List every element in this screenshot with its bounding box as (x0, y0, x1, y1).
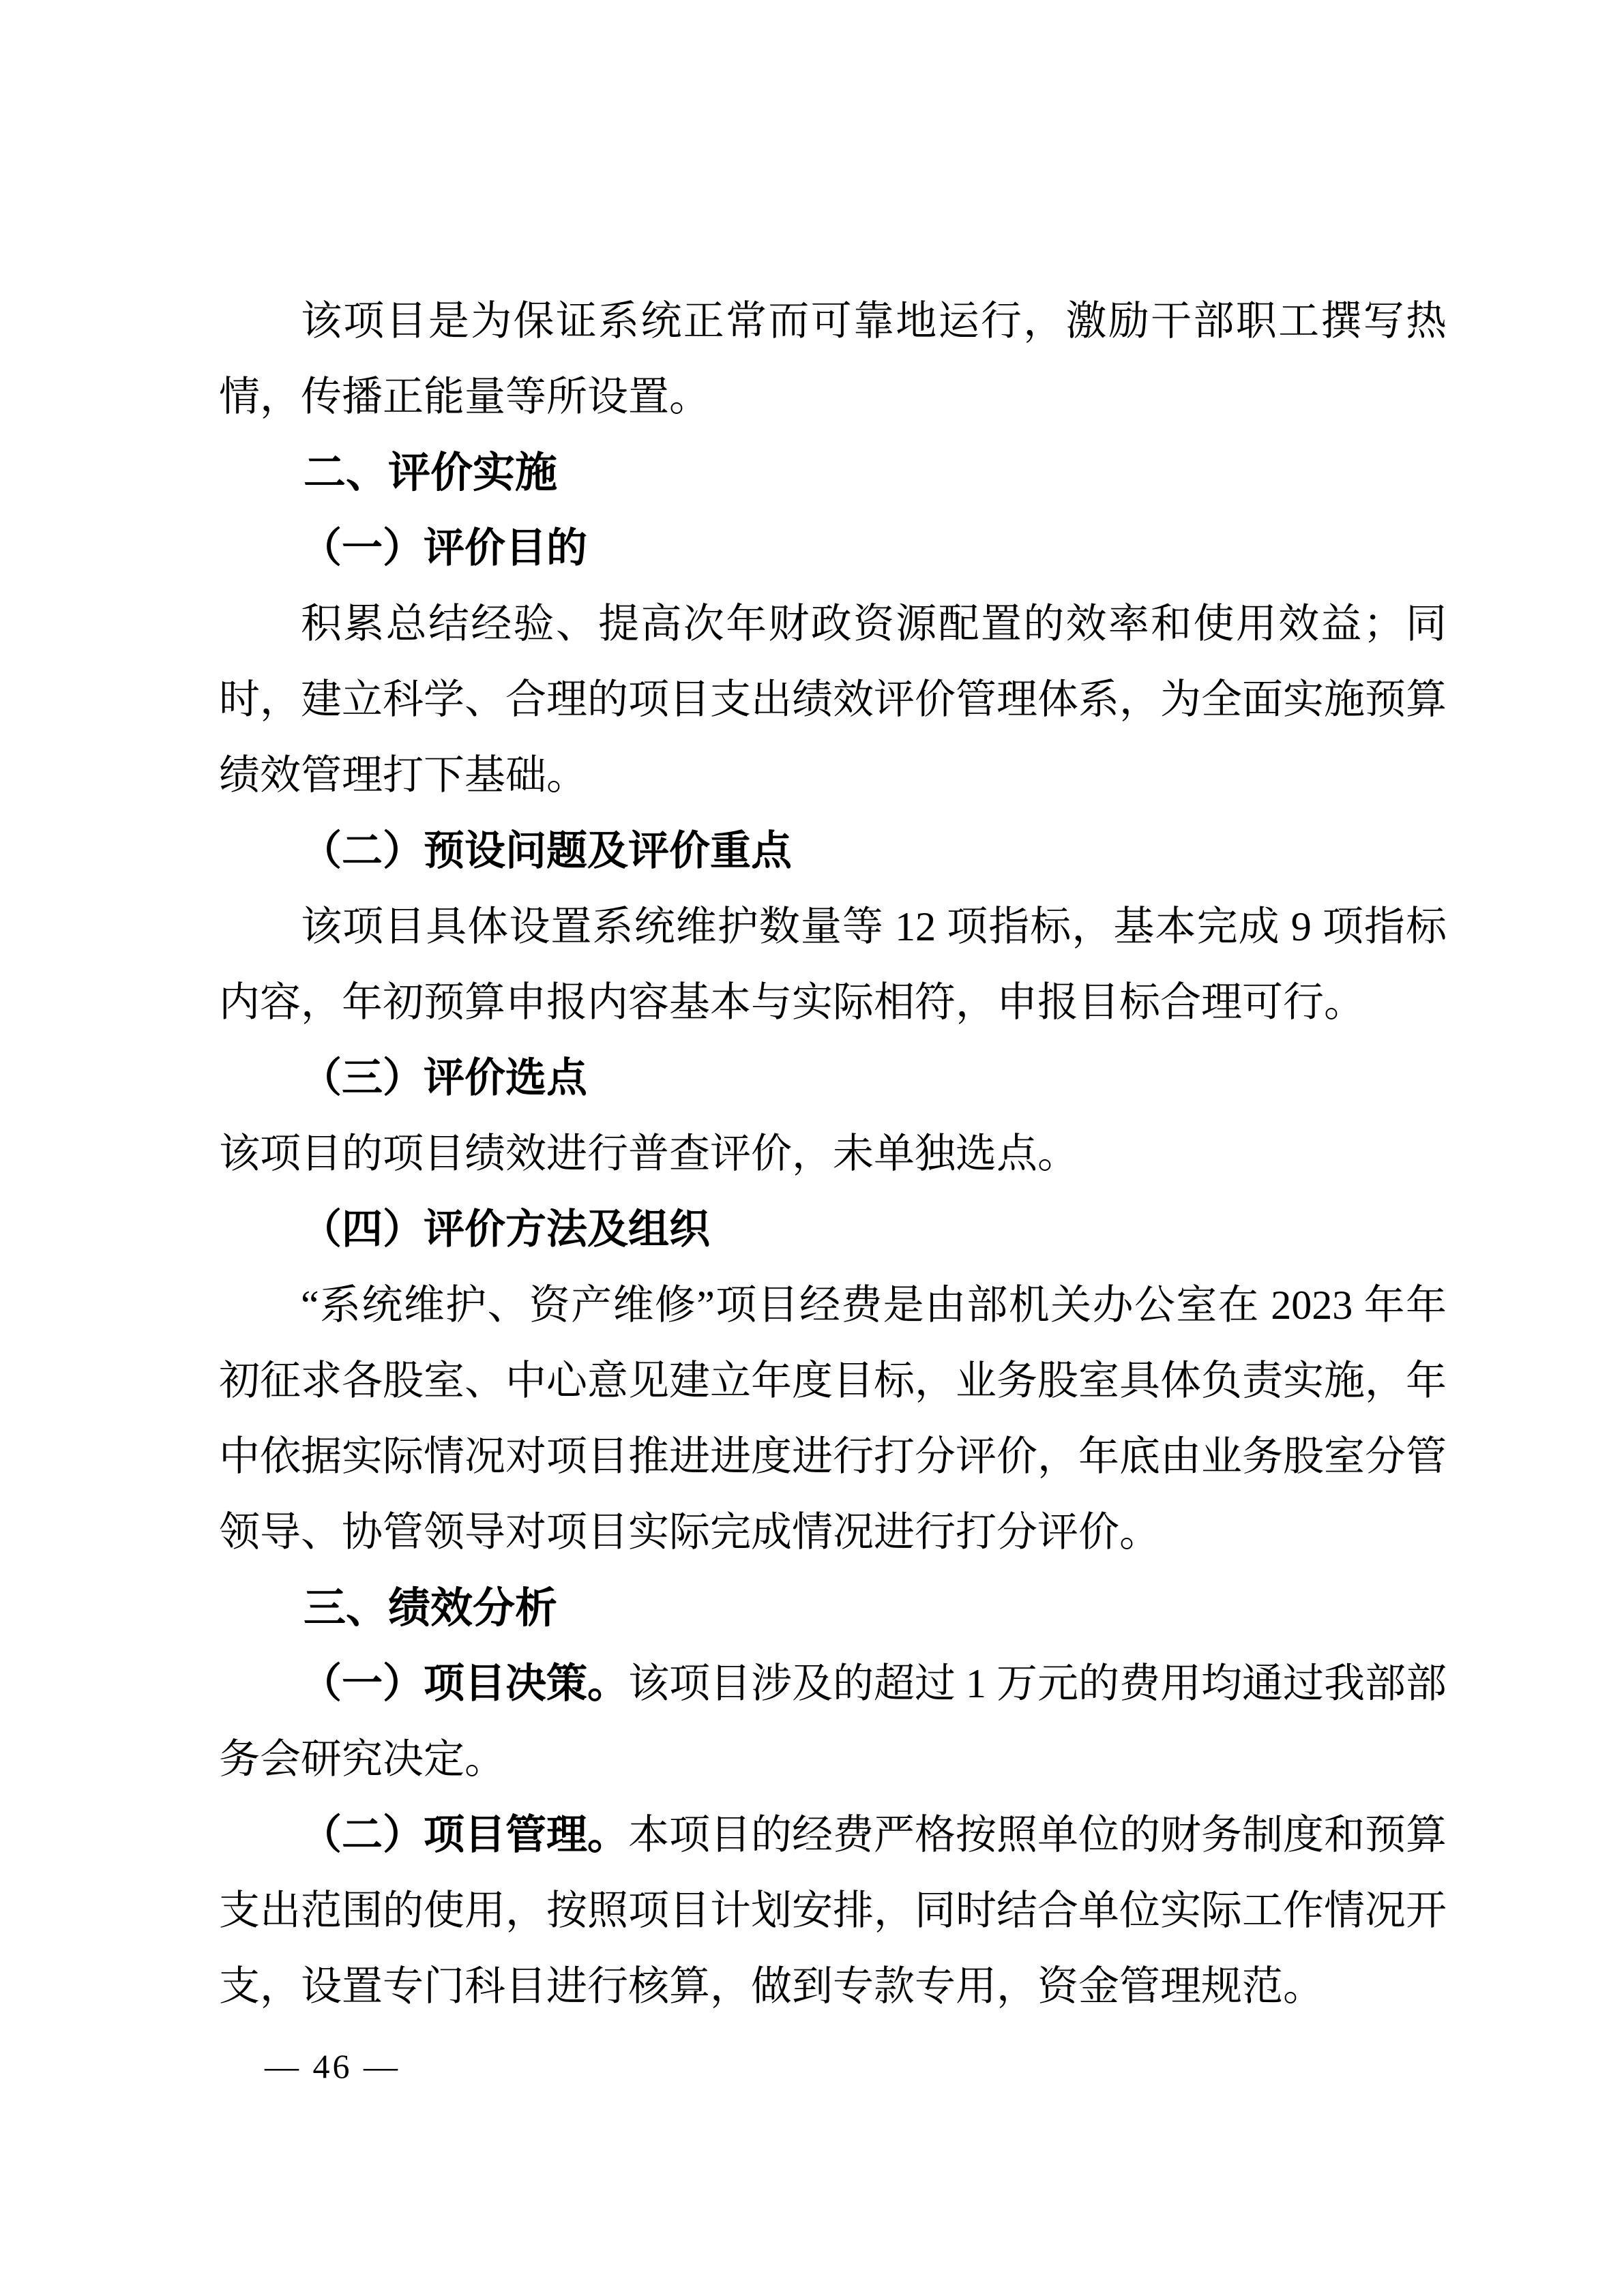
subsection-heading: （四）评价方法及组织 (219, 1192, 1447, 1268)
paragraph-text: （四）评价方法及组织 (301, 1207, 710, 1252)
body-paragraph: 该项目是为保证系统正常而可靠地运行，激励干部职工撰写热情，传播正能量等所设置。 (219, 284, 1447, 435)
section-heading: 三、绩效分析 (219, 1570, 1447, 1646)
body-paragraph: 该项目的项目绩效进行普查评价，未单独选点。 (219, 1116, 1447, 1192)
paragraph-text: 该项目的项目绩效进行普查评价，未单独选点。 (219, 1131, 1078, 1176)
body-paragraph: 该项目具体设置系统维护数量等 12 项指标，基本完成 9 项指标内容，年初预算申… (219, 889, 1447, 1041)
body-paragraph: 积累总结经验、提高次年财政资源配置的效率和使用效益；同时，建立科学、合理的项目支… (219, 586, 1447, 814)
subsection-heading: （一）评价目的 (219, 511, 1447, 586)
body-paragraph: “系统维护、资产维修”项目经费是由部机关办公室在 2023 年年初征求各股室、中… (219, 1268, 1447, 1570)
subsection-heading: （二）预设问题及评价重点 (219, 814, 1447, 889)
paragraph-text: （三）评价选点 (301, 1056, 587, 1101)
paragraph-text: 二、评价实施 (304, 449, 557, 496)
paragraph-text: “系统维护、资产维修”项目经费是由部机关办公室在 2023 年年初征求各股室、中… (219, 1283, 1447, 1555)
body-paragraph: （一）项目决策。该项目涉及的超过 1 万元的费用均通过我部部务会研究决定。 (219, 1646, 1447, 1798)
page-number: — 46 — (265, 2047, 400, 2085)
paragraph-text: 三、绩效分析 (304, 1585, 557, 1632)
paragraph-lead-label: （二）项目管理。 (301, 1813, 628, 1858)
paragraph-text: 该项目是为保证系统正常而可靠地运行，激励干部职工撰写热情，传播正能量等所设置。 (219, 299, 1447, 419)
paragraph-text: （一）评价目的 (301, 526, 587, 571)
body-paragraph: （二）项目管理。本项目的经费严格按照单位的财务制度和预算支出范围的使用，按照项目… (219, 1798, 1447, 2025)
paragraph-text: 积累总结经验、提高次年财政资源配置的效率和使用效益；同时，建立科学、合理的项目支… (219, 601, 1447, 798)
paragraph-lead-label: （一）项目决策。 (301, 1661, 628, 1706)
paragraph-text: （二）预设问题及评价重点 (301, 829, 792, 874)
paragraph-text: 该项目具体设置系统维护数量等 12 项指标，基本完成 9 项指标内容，年初预算申… (219, 904, 1447, 1025)
section-heading: 二、评价实施 (219, 435, 1447, 511)
document-page: { "colors": { "page_background": "#fffff… (0, 0, 1624, 2296)
document-body: 该项目是为保证系统正常而可靠地运行，激励干部职工撰写热情，传播正能量等所设置。二… (219, 284, 1447, 2025)
subsection-heading: （三）评价选点 (219, 1041, 1447, 1116)
